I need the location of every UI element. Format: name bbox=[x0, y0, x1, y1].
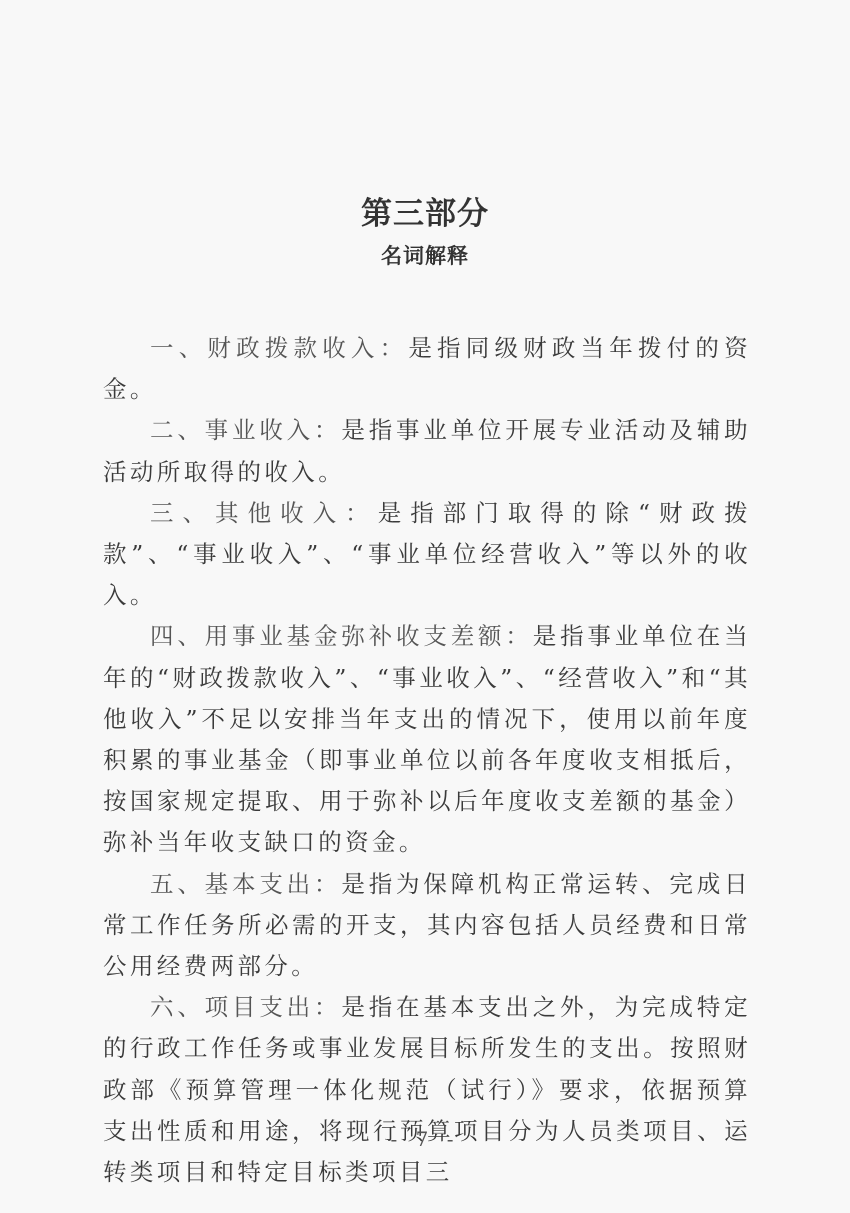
definitions-body: 一、财政拨款收入：是指同级财政当年拨付的资金。 二、事业收入：是指事业单位开展专… bbox=[103, 328, 751, 1193]
definition-text: 是指事业单位在当年的“财政拨款收入”、“事业收入”、“经营收入”和“其他收入”不… bbox=[103, 622, 751, 856]
document-page: 第三部分 名词解释 一、财政拨款收入：是指同级财政当年拨付的资金。 二、事业收入… bbox=[0, 0, 850, 1213]
definition-paragraph: 五、基本支出：是指为保障机构正常运转、完成日常工作任务所必需的开支，其内容包括人… bbox=[103, 864, 751, 988]
definition-paragraph: 二、事业收入：是指事业单位开展专业活动及辅助活动所取得的收入。 bbox=[103, 410, 751, 492]
section-subtitle: 名词解释 bbox=[0, 240, 850, 270]
definition-term: 四、用事业基金弥补收支差额： bbox=[150, 622, 533, 650]
definition-term: 三、其他收入： bbox=[150, 499, 378, 527]
definition-paragraph: 三、其他收入：是指部门取得的除“财政拨款”、“事业收入”、“事业单位经营收入”等… bbox=[103, 493, 751, 617]
definition-term: 一、财政拨款收入： bbox=[150, 334, 408, 362]
definition-text: 是指在基本支出之外，为完成特定的行政工作任务或事业发展目标所发生的支出。按照财政… bbox=[103, 993, 751, 1186]
definition-term: 五、基本支出： bbox=[150, 870, 341, 898]
page-number: - 7 - bbox=[0, 1127, 850, 1151]
definition-term: 六、项目支出： bbox=[150, 993, 341, 1021]
definition-paragraph: 一、财政拨款收入：是指同级财政当年拨付的资金。 bbox=[103, 328, 751, 410]
definition-paragraph: 六、项目支出：是指在基本支出之外，为完成特定的行政工作任务或事业发展目标所发生的… bbox=[103, 987, 751, 1193]
section-title: 第三部分 bbox=[0, 188, 850, 233]
definition-term: 二、事业收入： bbox=[150, 416, 341, 444]
definition-paragraph: 四、用事业基金弥补收支差额：是指事业单位在当年的“财政拨款收入”、“事业收入”、… bbox=[103, 616, 751, 863]
